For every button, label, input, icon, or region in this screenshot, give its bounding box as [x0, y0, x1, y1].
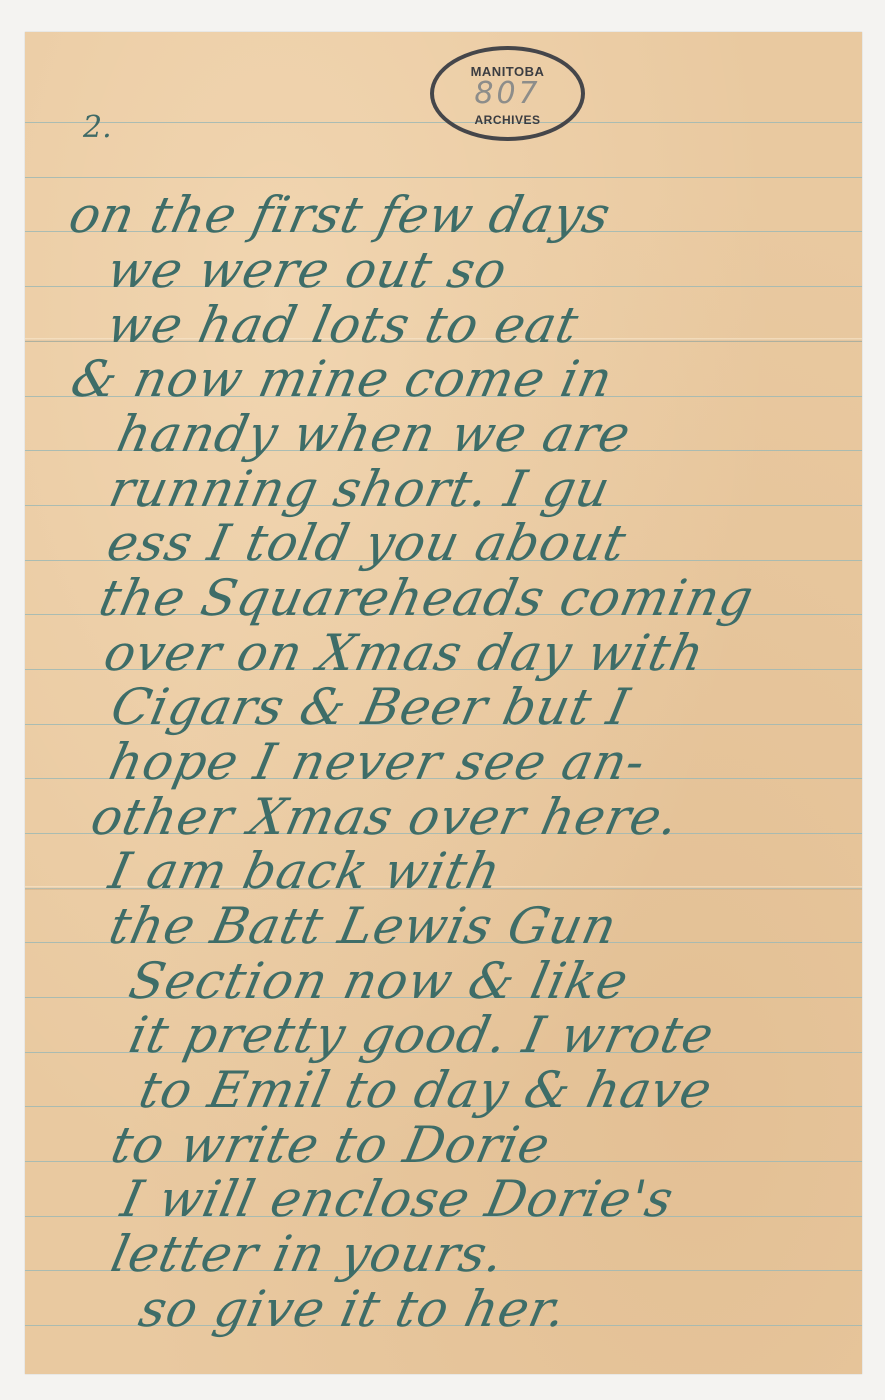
handwritten-line: hope I never see an- [105, 737, 650, 787]
handwritten-line: to write to Dorie [107, 1120, 555, 1170]
stamp-bottom-text: ARCHIVES [434, 113, 581, 127]
handwritten-line: running short. I gu [105, 464, 615, 514]
handwritten-line: I will enclose Dorie's [117, 1174, 678, 1224]
handwritten-line: Section now & like [125, 956, 633, 1006]
handwritten-line: other Xmas over here. [87, 792, 684, 842]
handwritten-line: I am back with [105, 846, 505, 896]
handwritten-line: the Batt Lewis Gun [105, 901, 622, 951]
handwritten-line: to Emil to day & have [135, 1065, 717, 1115]
page-number: 2. [83, 110, 112, 145]
ruled-line [25, 177, 862, 178]
handwritten-line: so give it to her. [135, 1284, 571, 1334]
handwritten-line: Cigars & Beer but I [107, 682, 634, 732]
stamp-number: 807 [434, 76, 581, 111]
handwritten-line: we had lots to eat [103, 300, 583, 350]
handwritten-line: letter in yours. [107, 1229, 509, 1279]
letter-page: 2. MANITOBA 807 ARCHIVES on the first fe… [25, 32, 862, 1374]
archive-stamp: MANITOBA 807 ARCHIVES [430, 46, 585, 141]
handwritten-line: we were out so [103, 245, 512, 295]
handwritten-line: it pretty good. I wrote [125, 1010, 719, 1060]
handwritten-line: over on Xmas day with [100, 628, 709, 678]
handwritten-line: ess I told you about [103, 518, 631, 568]
handwritten-line: on the first few days [65, 190, 615, 240]
handwritten-line: the Squareheads coming [95, 573, 758, 623]
handwritten-line: & now mine come in [67, 354, 617, 404]
handwritten-line: handy when we are [113, 409, 635, 459]
